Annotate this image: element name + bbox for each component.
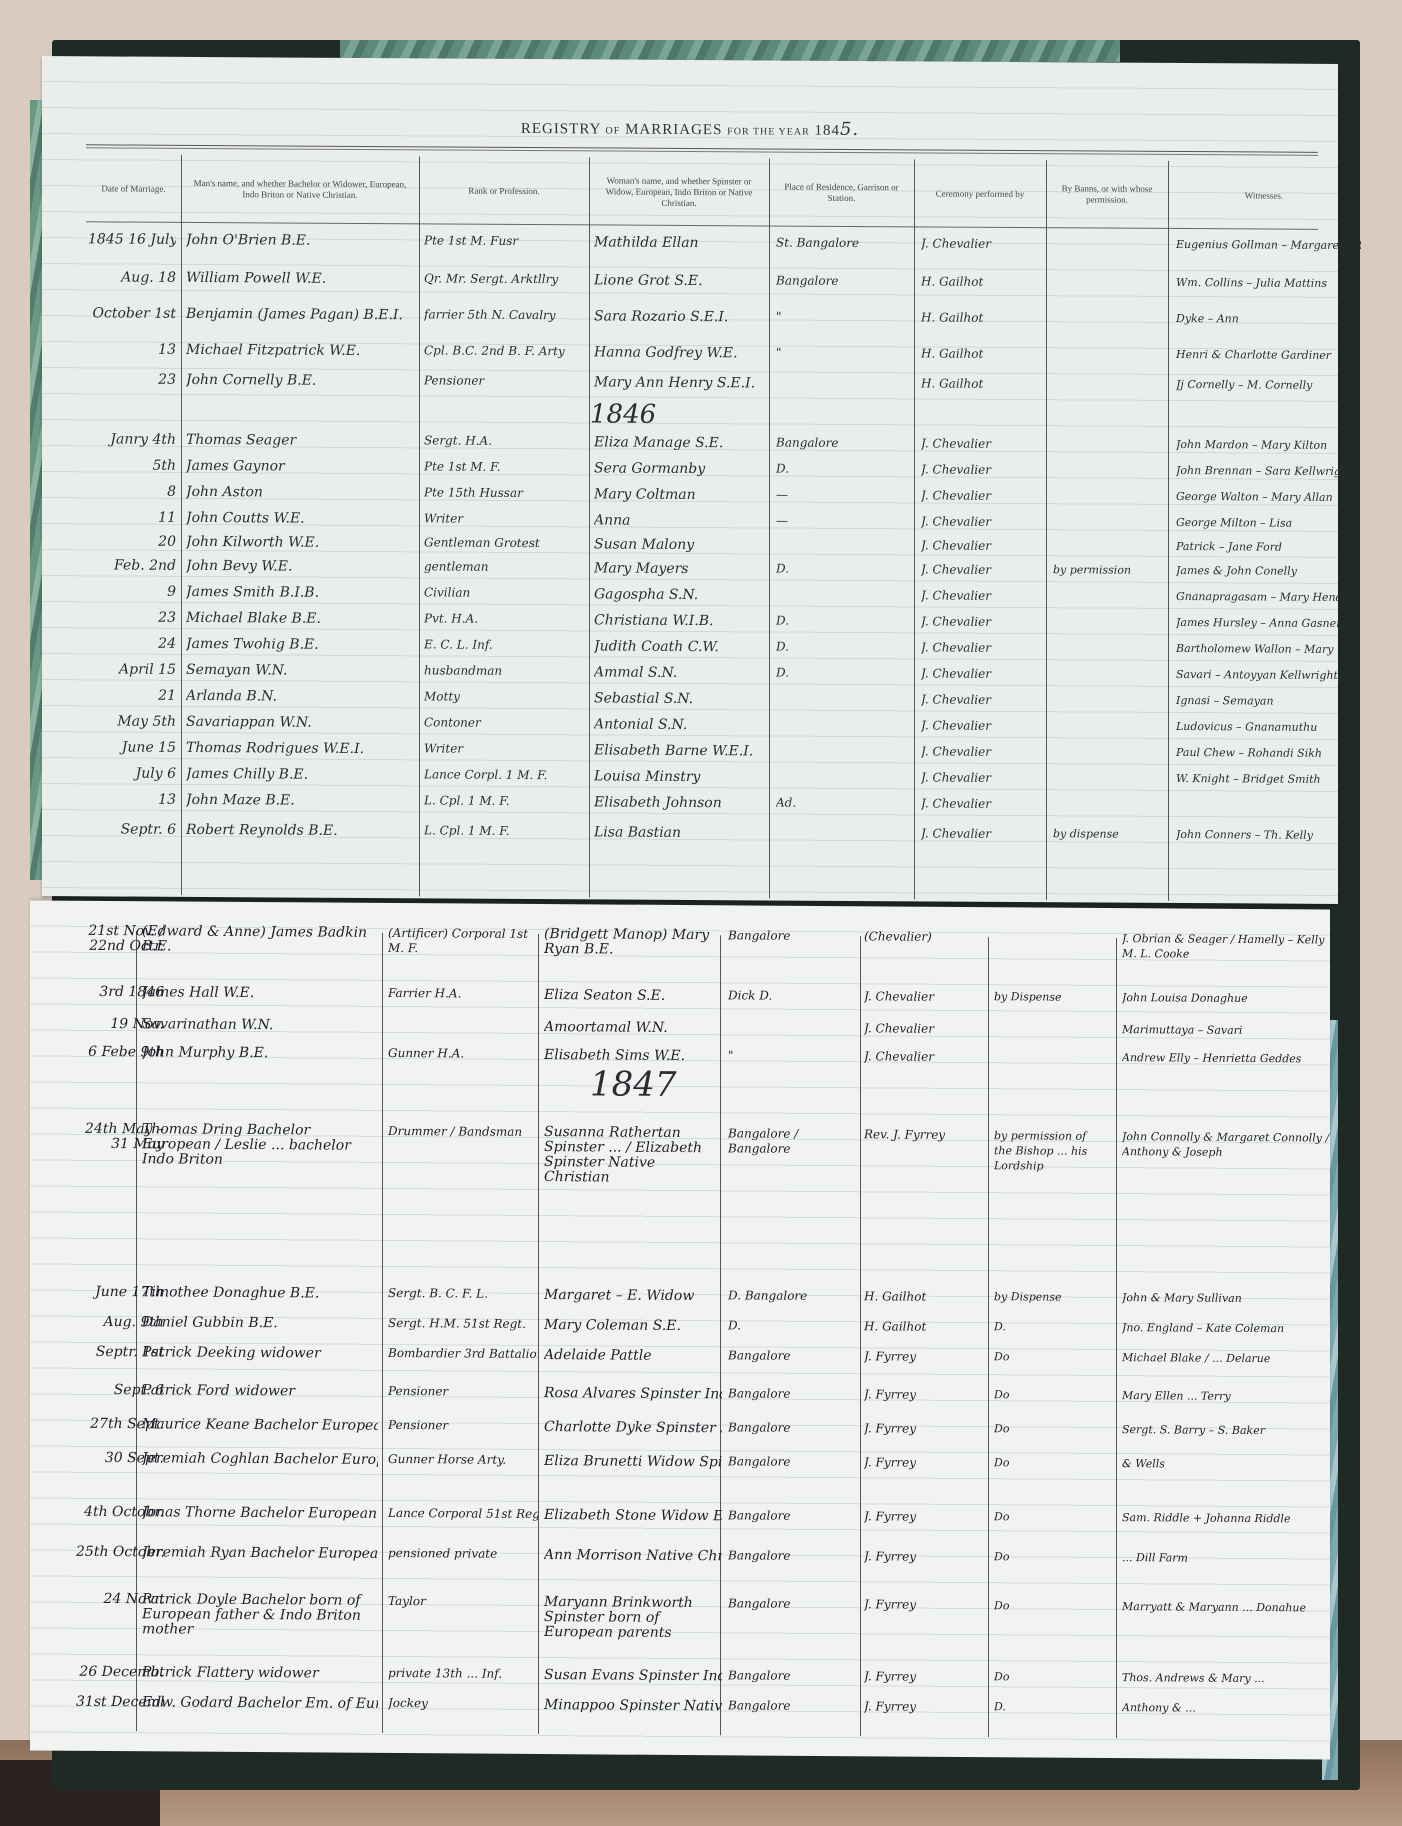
- title-year-printed: 184: [814, 123, 840, 139]
- register-row: 26 Decemb. Patrick Flattery widower priv…: [74, 1661, 1310, 1696]
- cell-witnesses: Dyke – Ann: [1176, 312, 1361, 326]
- cell-man: Michael Fitzpatrick W.E.: [186, 342, 414, 359]
- register-row: 24th May – 31 May Thomas Dring Bachelor …: [74, 1119, 1310, 1208]
- cell-man: Maurice Keane Bachelor European Pop. ...: [142, 1416, 378, 1434]
- cell-witnesses: Thos. Andrews & Mary ...: [1122, 1671, 1342, 1686]
- cell-witnesses: Gnanapragasam – Mary Hendon: [1176, 590, 1361, 604]
- column-header-ceremony: Ceremony performed by: [914, 159, 1046, 228]
- cell-witnesses: John & Mary Sullivan: [1122, 1291, 1342, 1306]
- cell-woman: Elisabeth Barne W.E.I.: [594, 742, 764, 759]
- cell-woman: Anna: [594, 512, 764, 529]
- cell-rank: Sergt. B. C. F. L.: [388, 1286, 538, 1301]
- cell-banns: Do: [994, 1598, 1104, 1614]
- header-rule: [86, 144, 1318, 156]
- cell-rank: Writer: [424, 511, 584, 526]
- cell-witnesses: John Brennan – Sara Kellwright: [1176, 464, 1361, 478]
- cell-rank: farrier 5th N. Cavalry: [424, 307, 584, 322]
- register-row: 1845 16 July John O'Brien B.E. Pte 1st M…: [86, 228, 1318, 262]
- cell-woman: Ann Morrison Native Christ: [544, 1547, 722, 1564]
- cell-man: Daniel Gubbin B.E.: [142, 1314, 378, 1332]
- cell-date: 23: [88, 371, 176, 388]
- cell-man: Timothee Donaghue B.E.: [142, 1284, 378, 1302]
- cell-woman: Louisa Minstry: [594, 768, 764, 785]
- cell-rank: L. Cpl. 1 M. F.: [424, 823, 584, 838]
- cell-date: June 15: [88, 739, 176, 756]
- cell-witnesses: Jj Cornelly – M. Cornelly: [1176, 378, 1361, 392]
- cell-ceremony: J. Fyrrey: [864, 1387, 984, 1402]
- cell-banns: [994, 1050, 1104, 1051]
- cell-banns: [1053, 719, 1163, 720]
- cell-man: Patrick Deeking widower: [142, 1344, 378, 1362]
- column-headers: Date of Marriage. Man's name, and whethe…: [86, 154, 1318, 230]
- cell-place: [776, 744, 906, 745]
- cell-witnesses: ... Dill Farm: [1122, 1551, 1342, 1566]
- cell-date: 23: [88, 609, 176, 626]
- cell-rank: Pensioner: [424, 373, 584, 388]
- cell-witnesses: Michael Blake / ... Delarue: [1122, 1351, 1342, 1366]
- page-title: REGISTRY OF MARRIAGES FOR THE YEAR 1845.: [42, 114, 1338, 143]
- cell-witnesses: George Walton – Mary Allan: [1176, 490, 1361, 504]
- cell-place: Bangalore: [728, 1420, 858, 1435]
- column-header-banns: By Banns, or with whose permission.: [1046, 160, 1168, 229]
- cell-woman: Eliza Brunetti Widow Spinster Indo Brito…: [544, 1453, 722, 1470]
- cell-banns: [994, 1022, 1104, 1023]
- cell-man: Jeremiah Ryan Bachelor European ... Prot…: [142, 1544, 378, 1562]
- cell-witnesses: Jno. England – Kate Coleman: [1122, 1321, 1342, 1336]
- cell-rank: Sergt. H.M. 51st Regt.: [388, 1316, 538, 1331]
- cell-man: Patrick Ford widower: [142, 1382, 378, 1400]
- cell-ceremony: J. Chevalier: [921, 770, 1041, 785]
- cell-woman: Elisabeth Sims W.E.: [544, 1047, 722, 1064]
- column-header-date: Date of Marriage.: [86, 154, 181, 223]
- cell-man: Patrick Flattery widower: [142, 1664, 378, 1682]
- cell-man: Arlanda B.N.: [186, 688, 414, 705]
- cell-woman: Susan Evans Spinster Indo Briton: [544, 1667, 722, 1684]
- cell-banns: D.: [994, 1700, 1104, 1714]
- cell-ceremony: J. Chevalier: [921, 436, 1041, 451]
- cell-place: [776, 538, 906, 539]
- cell-banns: [1053, 797, 1163, 798]
- cell-witnesses: Eugenius Gollman – Margareth Ragby: [1176, 238, 1361, 252]
- cell-banns: [1053, 237, 1163, 238]
- cell-rank: Pensioner: [388, 1418, 538, 1433]
- cell-place: Dick D.: [728, 988, 858, 1003]
- cell-date: 5th: [88, 457, 176, 474]
- cell-banns: by dispense: [1053, 827, 1163, 841]
- cell-banns: [1053, 667, 1163, 668]
- cell-man: Savariappan W.N.: [186, 714, 414, 731]
- cell-banns: [1053, 615, 1163, 616]
- cell-banns: [994, 930, 1104, 931]
- cell-witnesses: Sam. Riddle + Johanna Riddle: [1122, 1511, 1342, 1526]
- cell-rank: Farrier H.A.: [388, 986, 538, 1001]
- column-header-man: Man's name, and whether Bachelor or Wido…: [181, 155, 419, 224]
- cell-woman: Elizabeth Stone Widow European: [544, 1507, 722, 1524]
- cell-man: Thomas Dring Bachelor European / Leslie …: [142, 1122, 378, 1169]
- cell-date: July 6: [88, 765, 176, 782]
- cell-man: Thomas Seager: [186, 432, 414, 449]
- cell-woman: Minappoo Spinster Native Christian: [544, 1697, 722, 1714]
- cell-banns: [1053, 311, 1163, 312]
- cell-place: Bangalore: [728, 928, 858, 944]
- cell-banns: by Dispense: [994, 990, 1104, 1004]
- cell-banns: [1053, 489, 1163, 490]
- column-header-witnesses: Witnesses.: [1168, 161, 1360, 230]
- cell-witnesses: Marryatt & Maryann ... Donahue: [1122, 1599, 1342, 1616]
- cell-ceremony: J. Chevalier: [921, 538, 1041, 553]
- cell-place: D.: [776, 562, 906, 577]
- cell-ceremony: J. Chevalier: [921, 236, 1041, 251]
- cell-witnesses: Anthony & ...: [1122, 1701, 1342, 1716]
- cell-date: 20: [88, 533, 176, 550]
- cell-man: James Hall W.E.: [142, 984, 378, 1002]
- cell-ceremony: J. Fyrrey: [864, 1597, 984, 1613]
- cell-date: 24: [88, 635, 176, 652]
- cell-rank: Pte 1st M. Fusr: [424, 233, 584, 248]
- cell-date: 9: [88, 583, 176, 600]
- cell-place: Bangalore: [728, 1698, 858, 1713]
- cell-place: [776, 692, 906, 693]
- cell-banns: [1053, 771, 1163, 772]
- cell-man: John O'Brien B.E.: [186, 232, 414, 249]
- cell-woman: Margaret – E. Widow: [544, 1287, 722, 1304]
- register-row: 13 Michael Fitzpatrick W.E. Cpl. B.C. 2n…: [86, 338, 1318, 372]
- cell-date: 13: [88, 341, 176, 358]
- register-row: 3rd 1846 James Hall W.E. Farrier H.A. El…: [74, 981, 1310, 1016]
- cell-woman: (Bridgett Manop) Mary Ryan B.E.: [544, 927, 722, 958]
- cell-man: John Aston: [186, 484, 414, 501]
- cell-rank: Pte 1st M. F.: [424, 459, 584, 474]
- cell-woman: Lisa Bastian: [594, 824, 764, 841]
- cell-rank: private 13th ... Inf.: [388, 1666, 538, 1681]
- title-word: REGISTRY: [521, 121, 601, 137]
- cell-witnesses: W. Knight – Bridget Smith: [1176, 772, 1361, 786]
- cell-witnesses: John Connolly & Margaret Connolly / Anth…: [1122, 1129, 1342, 1161]
- cell-place: [776, 826, 906, 827]
- cell-rank: Sergt. H.A.: [424, 433, 584, 448]
- cell-date: May 5th: [88, 713, 176, 730]
- cell-ceremony: (Chevalier): [864, 929, 984, 945]
- cell-ceremony: Rev. J. Fyrrey: [864, 1127, 984, 1143]
- cell-ceremony: J. Fyrrey: [864, 1699, 984, 1714]
- cell-man: Semayan W.N.: [186, 662, 414, 679]
- cell-banns: Do: [994, 1456, 1104, 1470]
- cell-ceremony: J. Chevalier: [864, 989, 984, 1004]
- cell-witnesses: J. Obrian & Seager / Hamelly – Kelly M. …: [1122, 931, 1342, 963]
- cell-rank: [388, 1018, 538, 1019]
- cell-rank: Gunner H.A.: [388, 1046, 538, 1061]
- cell-date: 8: [88, 483, 176, 500]
- cell-rank: (Artificer) Corporal 1st M. F.: [388, 926, 538, 957]
- cell-rank: Taylor: [388, 1594, 538, 1610]
- cell-rank: Bombardier 3rd Battalion Arty.: [388, 1346, 538, 1361]
- cell-woman: Susanna Rathertan Spinster ... / Elizabe…: [544, 1125, 722, 1186]
- cell-date: Janry 4th: [88, 431, 176, 448]
- cell-place: [776, 376, 906, 377]
- title-word: MARRIAGES: [625, 122, 722, 139]
- cell-ceremony: H. Gailhot: [864, 1319, 984, 1334]
- cell-witnesses: George Milton – Lisa: [1176, 516, 1361, 530]
- year-marker: 1846: [590, 399, 656, 429]
- cell-place: [776, 770, 906, 771]
- cell-man: John Cornelly B.E.: [186, 372, 414, 389]
- cell-place: ": [776, 310, 906, 325]
- cell-rank: Civilian: [424, 585, 584, 600]
- register-row: 4th Octobr. Jonas Thorne Bachelor Europe…: [74, 1501, 1310, 1536]
- cell-woman: Maryann Brinkworth Spinster born of Euro…: [544, 1595, 722, 1641]
- cell-witnesses: Henri & Charlotte Gardiner: [1176, 348, 1361, 362]
- cell-ceremony: J. Fyrrey: [864, 1455, 984, 1470]
- cell-witnesses: John Mardon – Mary Kilton: [1176, 438, 1361, 452]
- cell-ceremony: J. Fyrrey: [864, 1421, 984, 1436]
- cell-place: Bangalore: [728, 1454, 858, 1469]
- cell-rank: pensioned private: [388, 1546, 538, 1561]
- cell-banns: by permission: [1053, 563, 1163, 577]
- cell-place: Bangalore: [776, 274, 906, 289]
- cell-date: Septr. 6: [88, 821, 176, 838]
- cell-place: Bangalore: [728, 1348, 858, 1363]
- column-header-rank: Rank or Profession.: [419, 156, 589, 225]
- cell-rank: Pvt. H.A.: [424, 611, 584, 626]
- cell-place: —: [776, 488, 906, 503]
- cell-place: Bangalore: [728, 1386, 858, 1401]
- cell-place: Ad.: [776, 796, 906, 811]
- cell-banns: by Dispense: [994, 1290, 1104, 1304]
- cell-place: Bangalore: [728, 1548, 858, 1563]
- cell-woman: Amoortamal W.N.: [544, 1019, 722, 1036]
- cell-witnesses: Paul Chew – Rohandi Sikh: [1176, 746, 1361, 760]
- cell-ceremony: J. Chevalier: [921, 514, 1041, 529]
- cell-place: D.: [776, 614, 906, 629]
- cell-witnesses: Wm. Collins – Julia Mattins: [1176, 276, 1361, 290]
- cell-ceremony: H. Gailhot: [921, 310, 1041, 325]
- title-word: OF: [606, 125, 621, 136]
- cell-banns: [1053, 641, 1163, 642]
- cell-ceremony: H. Gailhot: [921, 274, 1041, 289]
- cell-rank: Contoner: [424, 715, 584, 730]
- cell-place: D.: [776, 666, 906, 681]
- cell-woman: Sebastial S.N.: [594, 690, 764, 707]
- cell-rank: gentleman: [424, 559, 584, 574]
- cell-banns: D.: [994, 1320, 1104, 1334]
- register-row: Aug. 18 William Powell W.E. Qr. Mr. Serg…: [86, 266, 1318, 300]
- cell-place: —: [776, 514, 906, 529]
- register-row: Sept. 6 Patrick Ford widower Pensioner R…: [74, 1379, 1310, 1414]
- cell-ceremony: J. Chevalier: [921, 462, 1041, 477]
- register-row: 21st Nov. / 22nd Octr. (Edward & Anne) J…: [74, 921, 1310, 980]
- cell-ceremony: H. Gailhot: [921, 346, 1041, 361]
- cell-woman: Mary Mayers: [594, 560, 764, 577]
- register-row: 27th Sept. Maurice Keane Bachelor Europe…: [74, 1413, 1310, 1448]
- column-header-place: Place of Residence, Garrison or Station.: [769, 158, 914, 227]
- column-header-woman: Woman's name, and whether Spinster or Wi…: [589, 157, 769, 226]
- cell-witnesses: Marimuttaya – Savari: [1122, 1023, 1342, 1038]
- cell-rank: husbandman: [424, 663, 584, 678]
- title-year-handwritten: 5.: [840, 119, 859, 140]
- cell-place: ": [728, 1048, 858, 1063]
- cell-woman: Charlotte Dyke Spinster Indo Briton: [544, 1419, 722, 1436]
- cell-banns: [1053, 437, 1163, 438]
- cell-rank: Lance Corporal 51st Regt.: [388, 1506, 538, 1521]
- cell-man: Robert Reynolds B.E.: [186, 822, 414, 839]
- cell-banns: [1053, 275, 1163, 276]
- cell-man: John Bevy W.E.: [186, 558, 414, 575]
- cell-woman: Christiana W.I.B.: [594, 612, 764, 629]
- cell-man: James Twohig B.E.: [186, 636, 414, 653]
- cell-woman: Ammal S.N.: [594, 664, 764, 681]
- cell-ceremony: J. Fyrrey: [864, 1349, 984, 1364]
- cell-rank: Pensioner: [388, 1384, 538, 1399]
- cell-place: St. Bangalore: [776, 236, 906, 251]
- cell-date: 21: [88, 687, 176, 704]
- cell-banns: Do: [994, 1670, 1104, 1684]
- title-word: FOR THE YEAR: [727, 126, 810, 138]
- cell-rank: Cpl. B.C. 2nd B. F. Arty: [424, 343, 584, 358]
- cell-banns: [1053, 589, 1163, 590]
- cell-banns: Do: [994, 1550, 1104, 1564]
- cell-woman: Antonial S.N.: [594, 716, 764, 733]
- cell-woman: Mathilda Ellan: [594, 234, 764, 251]
- cell-date: 1845 16 July: [88, 231, 176, 248]
- cell-woman: Judith Coath C.W.: [594, 638, 764, 655]
- cell-ceremony: J. Chevalier: [921, 640, 1041, 655]
- cell-man: Jonas Thorne Bachelor European: [142, 1504, 378, 1522]
- cell-place: Bangalore: [728, 1508, 858, 1523]
- cell-place: ": [776, 346, 906, 361]
- cell-woman: Sera Gormanby: [594, 460, 764, 477]
- cell-man: John Murphy B.E.: [142, 1044, 378, 1062]
- cell-woman: Mary Coltman: [594, 486, 764, 503]
- cell-place: Bangalore: [776, 436, 906, 451]
- cell-witnesses: & Wells: [1122, 1457, 1342, 1472]
- cell-witnesses: Ludovicus – Gnanamuthu: [1176, 720, 1361, 734]
- cell-ceremony: J. Chevalier: [921, 796, 1041, 811]
- register-row: 24 Novr. Patrick Doyle Bachelor born of …: [74, 1589, 1310, 1648]
- cell-ceremony: J. Chevalier: [921, 614, 1041, 629]
- cell-man: William Powell W.E.: [186, 270, 414, 287]
- cell-man: Michael Blake B.E.: [186, 610, 414, 627]
- cell-ceremony: J. Chevalier: [921, 588, 1041, 603]
- cell-place: Bangalore: [728, 1596, 858, 1612]
- cell-witnesses: Savari – Antoyyan Kellwright: [1176, 668, 1361, 682]
- cell-ceremony: H. Gailhot: [864, 1289, 984, 1304]
- cell-woman: Eliza Seaton S.E.: [544, 987, 722, 1004]
- cell-woman: Mary Coleman S.E.: [544, 1317, 722, 1334]
- register-row: 23 John Cornelly B.E. Pensioner Mary Ann…: [86, 368, 1318, 402]
- cell-woman: Gagospha S.N.: [594, 586, 764, 603]
- cell-woman: Lione Grot S.E.: [594, 272, 764, 289]
- cell-rank: Gentleman Grotest: [424, 535, 584, 550]
- cell-witnesses: James & John Conelly: [1176, 564, 1361, 578]
- cell-ceremony: J. Chevalier: [921, 562, 1041, 577]
- cell-woman: Eliza Manage S.E.: [594, 434, 764, 451]
- cell-place: D.: [776, 640, 906, 655]
- cell-woman: Susan Malony: [594, 536, 764, 553]
- cell-ceremony: J. Chevalier: [864, 1021, 984, 1036]
- cell-place: [776, 718, 906, 719]
- cell-rank: Qr. Mr. Sergt. Arktllry: [424, 271, 584, 286]
- cell-place: D.: [728, 1318, 858, 1333]
- cell-ceremony: J. Chevalier: [921, 744, 1041, 759]
- register-row: 31st Decemb. Edw. Godard Bachelor Em. of…: [74, 1691, 1310, 1726]
- cell-rank: Motty: [424, 689, 584, 704]
- cell-banns: [1053, 515, 1163, 516]
- cell-man: John Maze B.E.: [186, 792, 414, 809]
- cell-man: Savarinathan W.N.: [142, 1016, 378, 1034]
- cell-woman: Elisabeth Johnson: [594, 794, 764, 811]
- cell-banns: [1053, 377, 1163, 378]
- register-row: Aug. 9th Daniel Gubbin B.E. Sergt. H.M. …: [74, 1311, 1310, 1346]
- register-row: Septr. 6 Robert Reynolds B.E. L. Cpl. 1 …: [86, 818, 1318, 852]
- cell-rank: L. Cpl. 1 M. F.: [424, 793, 584, 808]
- cell-banns: Do: [994, 1510, 1104, 1524]
- cell-date: Aug. 18: [88, 269, 176, 286]
- cell-man: (Edward & Anne) James Badkin B.E.: [142, 924, 378, 956]
- cell-witnesses: Patrick – Jane Ford: [1176, 540, 1361, 554]
- cell-rank: Lance Corpl. 1 M. F.: [424, 767, 584, 782]
- cell-woman: Mary Ann Henry S.E.I.: [594, 374, 764, 391]
- cell-banns: [1053, 347, 1163, 348]
- cell-ceremony: H. Gailhot: [921, 376, 1041, 391]
- cell-man: John Coutts W.E.: [186, 510, 414, 527]
- cell-place: Bangalore: [728, 1668, 858, 1683]
- register-page-lower: 21st Nov. / 22nd Octr. (Edward & Anne) J…: [30, 900, 1330, 1759]
- cell-man: James Gaynor: [186, 458, 414, 475]
- cell-banns: [1053, 463, 1163, 464]
- cell-witnesses: Mary Ellen ... Terry: [1122, 1389, 1342, 1404]
- cell-man: John Kilworth W.E.: [186, 534, 414, 551]
- register-page-upper: REGISTRY OF MARRIAGES FOR THE YEAR 1845.…: [42, 56, 1338, 904]
- cell-date: April 15: [88, 661, 176, 678]
- cell-man: Benjamin (James Pagan) B.E.I.: [186, 306, 414, 323]
- register-row: October 1st Benjamin (James Pagan) B.E.I…: [86, 302, 1318, 336]
- cell-man: Thomas Rodrigues W.E.I.: [186, 740, 414, 757]
- register-row: 25th Octobr. Jeremiah Ryan Bachelor Euro…: [74, 1541, 1310, 1576]
- cell-place: [728, 1020, 858, 1021]
- cell-woman: Hanna Godfrey W.E.: [594, 344, 764, 361]
- cell-date: 11: [88, 509, 176, 526]
- cell-rank: Gunner Horse Arty.: [388, 1452, 538, 1467]
- register-row: Septr. 1st Patrick Deeking widower Bomba…: [74, 1341, 1310, 1376]
- cell-ceremony: J. Fyrrey: [864, 1509, 984, 1524]
- cell-witnesses: Andrew Elly – Henrietta Geddes: [1122, 1051, 1342, 1066]
- cell-man: James Chilly B.E.: [186, 766, 414, 783]
- cell-witnesses: John Louisa Donaghue: [1122, 991, 1342, 1006]
- cell-ceremony: J. Chevalier: [921, 488, 1041, 503]
- cell-man: James Smith B.I.B.: [186, 584, 414, 601]
- cell-banns: [1053, 745, 1163, 746]
- cell-place: D. Bangalore: [728, 1288, 858, 1303]
- cell-rank: Jockey: [388, 1696, 538, 1711]
- cell-place: D.: [776, 462, 906, 477]
- cell-rank: Drummer / Bandsman: [388, 1124, 538, 1140]
- cell-banns: [1053, 539, 1163, 540]
- cell-banns: by permission of the Bishop ... his Lord…: [994, 1128, 1104, 1174]
- cell-rank: Pte 15th Hussar: [424, 485, 584, 500]
- cell-witnesses: Ignasi – Semayan: [1176, 694, 1361, 708]
- cell-witnesses: James Hursley – Anna Gasner: [1176, 616, 1361, 630]
- cell-witnesses: John Conners – Th. Kelly: [1176, 828, 1361, 842]
- cell-place: [776, 588, 906, 589]
- cell-woman: Rosa Alvares Spinster Indo Briton: [544, 1385, 722, 1402]
- cell-date: October 1st: [88, 305, 176, 322]
- cell-witnesses: Sergt. S. Barry – S. Baker: [1122, 1423, 1342, 1438]
- cell-banns: [1053, 693, 1163, 694]
- cell-witnesses: Bartholomew Wallon – Mary: [1176, 642, 1361, 656]
- cell-ceremony: J. Chevalier: [921, 692, 1041, 707]
- cell-ceremony: J. Fyrrey: [864, 1669, 984, 1684]
- cell-ceremony: J. Chevalier: [921, 666, 1041, 681]
